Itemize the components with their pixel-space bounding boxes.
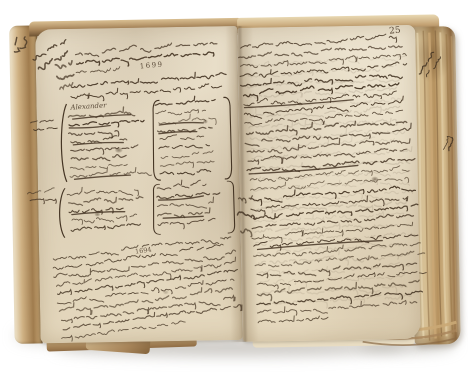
handwriting-strokes (155, 180, 226, 233)
handwriting-strokes (154, 98, 223, 182)
closing-bracket-group1 (222, 94, 236, 182)
manuscript-book: 25 1699 1694 Alexander (0, 0, 468, 382)
name-list-group2-left (67, 186, 148, 237)
handwriting-strokes (238, 32, 431, 334)
name-list-group1-left (66, 109, 150, 186)
page-number: 25 (389, 27, 401, 37)
opening-paren-group2 (55, 187, 68, 239)
name-list-group2-right (155, 180, 226, 233)
margin-label-1-handwriting (30, 117, 59, 136)
name-list-group1-right (154, 98, 223, 182)
handwriting-strokes (67, 186, 148, 237)
right-page-text-handwriting (238, 32, 431, 334)
handwriting-strokes (30, 117, 59, 136)
photo-background: 25 1699 1694 Alexander (0, 0, 468, 382)
handwriting-strokes (66, 109, 150, 186)
